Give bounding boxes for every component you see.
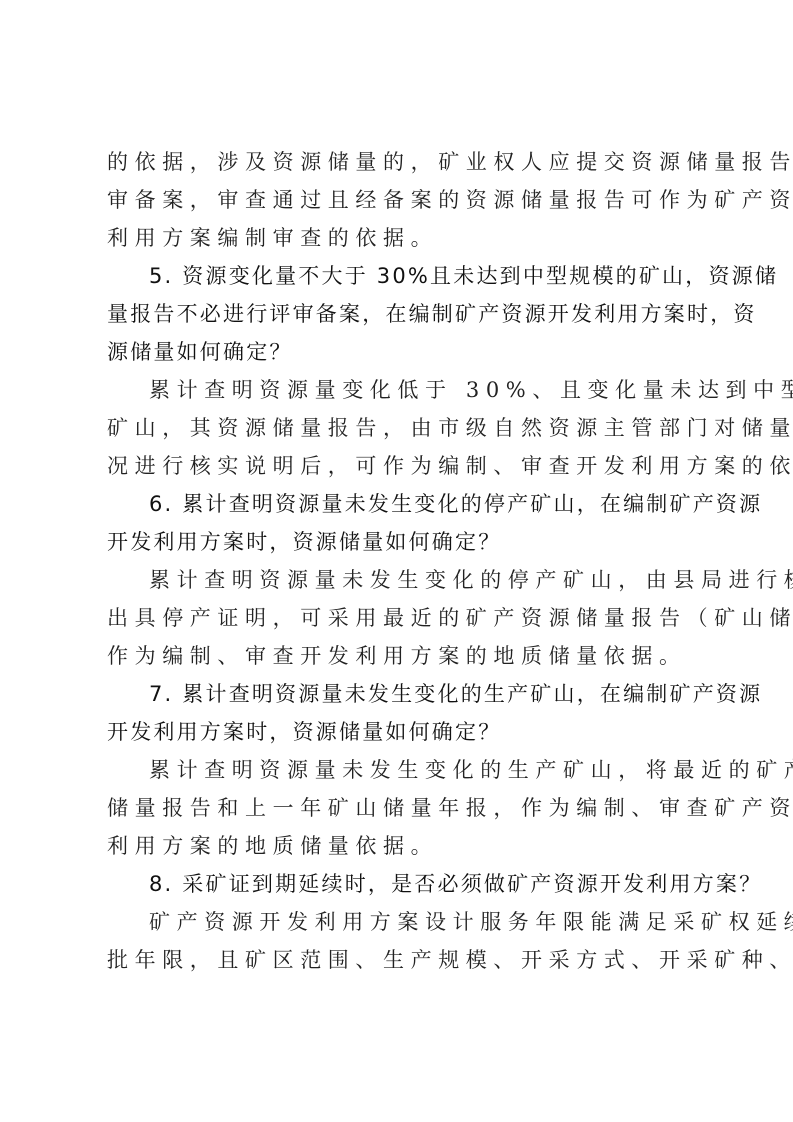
heading-line: 5. 资源变化量不大于 30%且未达到中型规模的矿山，资源储 bbox=[107, 257, 697, 295]
heading-line: 量报告不必进行评审备案，在编制矿产资源开发利用方案时，资 bbox=[107, 295, 697, 333]
text-line: 利用方案的地质储量依据。 bbox=[107, 827, 697, 865]
answer-paragraph-6: 累计查明资源量未发生变化的停产矿山，由县局进行核实， 出具停产证明，可采用最近的… bbox=[107, 561, 697, 675]
heading-line: 源储量如何确定？ bbox=[107, 333, 697, 371]
heading-line: 开发利用方案时，资源储量如何确定？ bbox=[107, 713, 697, 751]
question-heading-8: 8. 采矿证到期延续时，是否必须做矿产资源开发利用方案？ bbox=[107, 865, 697, 903]
question-heading-7: 7. 累计查明资源量未发生变化的生产矿山，在编制矿产资源 开发利用方案时，资源储… bbox=[107, 675, 697, 751]
heading-line: 8. 采矿证到期延续时，是否必须做矿产资源开发利用方案？ bbox=[107, 865, 697, 903]
text-line: 出具停产证明，可采用最近的矿产资源储量报告（矿山储量年报）， bbox=[107, 599, 697, 637]
question-heading-5: 5. 资源变化量不大于 30%且未达到中型规模的矿山，资源储 量报告不必进行评审… bbox=[107, 257, 697, 371]
text-line: 累计查明资源量未发生变化的停产矿山，由县局进行核实， bbox=[107, 561, 697, 599]
text-line: 累计查明资源量未发生变化的生产矿山，将最近的矿产资源 bbox=[107, 751, 697, 789]
heading-line: 开发利用方案时，资源储量如何确定？ bbox=[107, 523, 697, 561]
text-line: 利用方案编制审查的依据。 bbox=[107, 219, 697, 257]
document-body: 的依据，涉及资源储量的，矿业权人应提交资源储量报告进行评 审备案，审查通过且经备… bbox=[107, 143, 697, 979]
document-page: 的依据，涉及资源储量的，矿业权人应提交资源储量报告进行评 审备案，审查通过且经备… bbox=[0, 0, 793, 1122]
text-line: 储量报告和上一年矿山储量年报，作为编制、审查矿产资源开发 bbox=[107, 789, 697, 827]
answer-paragraph-7: 累计查明资源量未发生变化的生产矿山，将最近的矿产资源 储量报告和上一年矿山储量年… bbox=[107, 751, 697, 865]
text-line: 作为编制、审查开发利用方案的地质储量依据。 bbox=[107, 637, 697, 675]
text-line: 的依据，涉及资源储量的，矿业权人应提交资源储量报告进行评 bbox=[107, 143, 697, 181]
question-heading-6: 6. 累计查明资源量未发生变化的停产矿山，在编制矿产资源 开发利用方案时，资源储… bbox=[107, 485, 697, 561]
heading-line: 6. 累计查明资源量未发生变化的停产矿山，在编制矿产资源 bbox=[107, 485, 697, 523]
answer-paragraph-8: 矿产资源开发利用方案设计服务年限能满足采矿权延续审 批年限，且矿区范围、生产规模… bbox=[107, 903, 697, 979]
answer-paragraph-5: 累计查明资源量变化低于 30%、且变化量未达到中型规模的 矿山，其资源储量报告，… bbox=[107, 371, 697, 485]
text-line: 审备案，审查通过且经备案的资源储量报告可作为矿产资源开发 bbox=[107, 181, 697, 219]
heading-line: 7. 累计查明资源量未发生变化的生产矿山，在编制矿产资源 bbox=[107, 675, 697, 713]
text-line: 批年限，且矿区范围、生产规模、开采方式、开采矿种、开拓系 bbox=[107, 941, 697, 979]
text-line: 累计查明资源量变化低于 30%、且变化量未达到中型规模的 bbox=[107, 371, 697, 409]
paragraph-continuation: 的依据，涉及资源储量的，矿业权人应提交资源储量报告进行评 审备案，审查通过且经备… bbox=[107, 143, 697, 257]
text-line: 矿山，其资源储量报告，由市级自然资源主管部门对储量变化情 bbox=[107, 409, 697, 447]
text-line: 况进行核实说明后，可作为编制、审查开发利用方案的依据。 bbox=[107, 447, 697, 485]
text-line: 矿产资源开发利用方案设计服务年限能满足采矿权延续审 bbox=[107, 903, 697, 941]
